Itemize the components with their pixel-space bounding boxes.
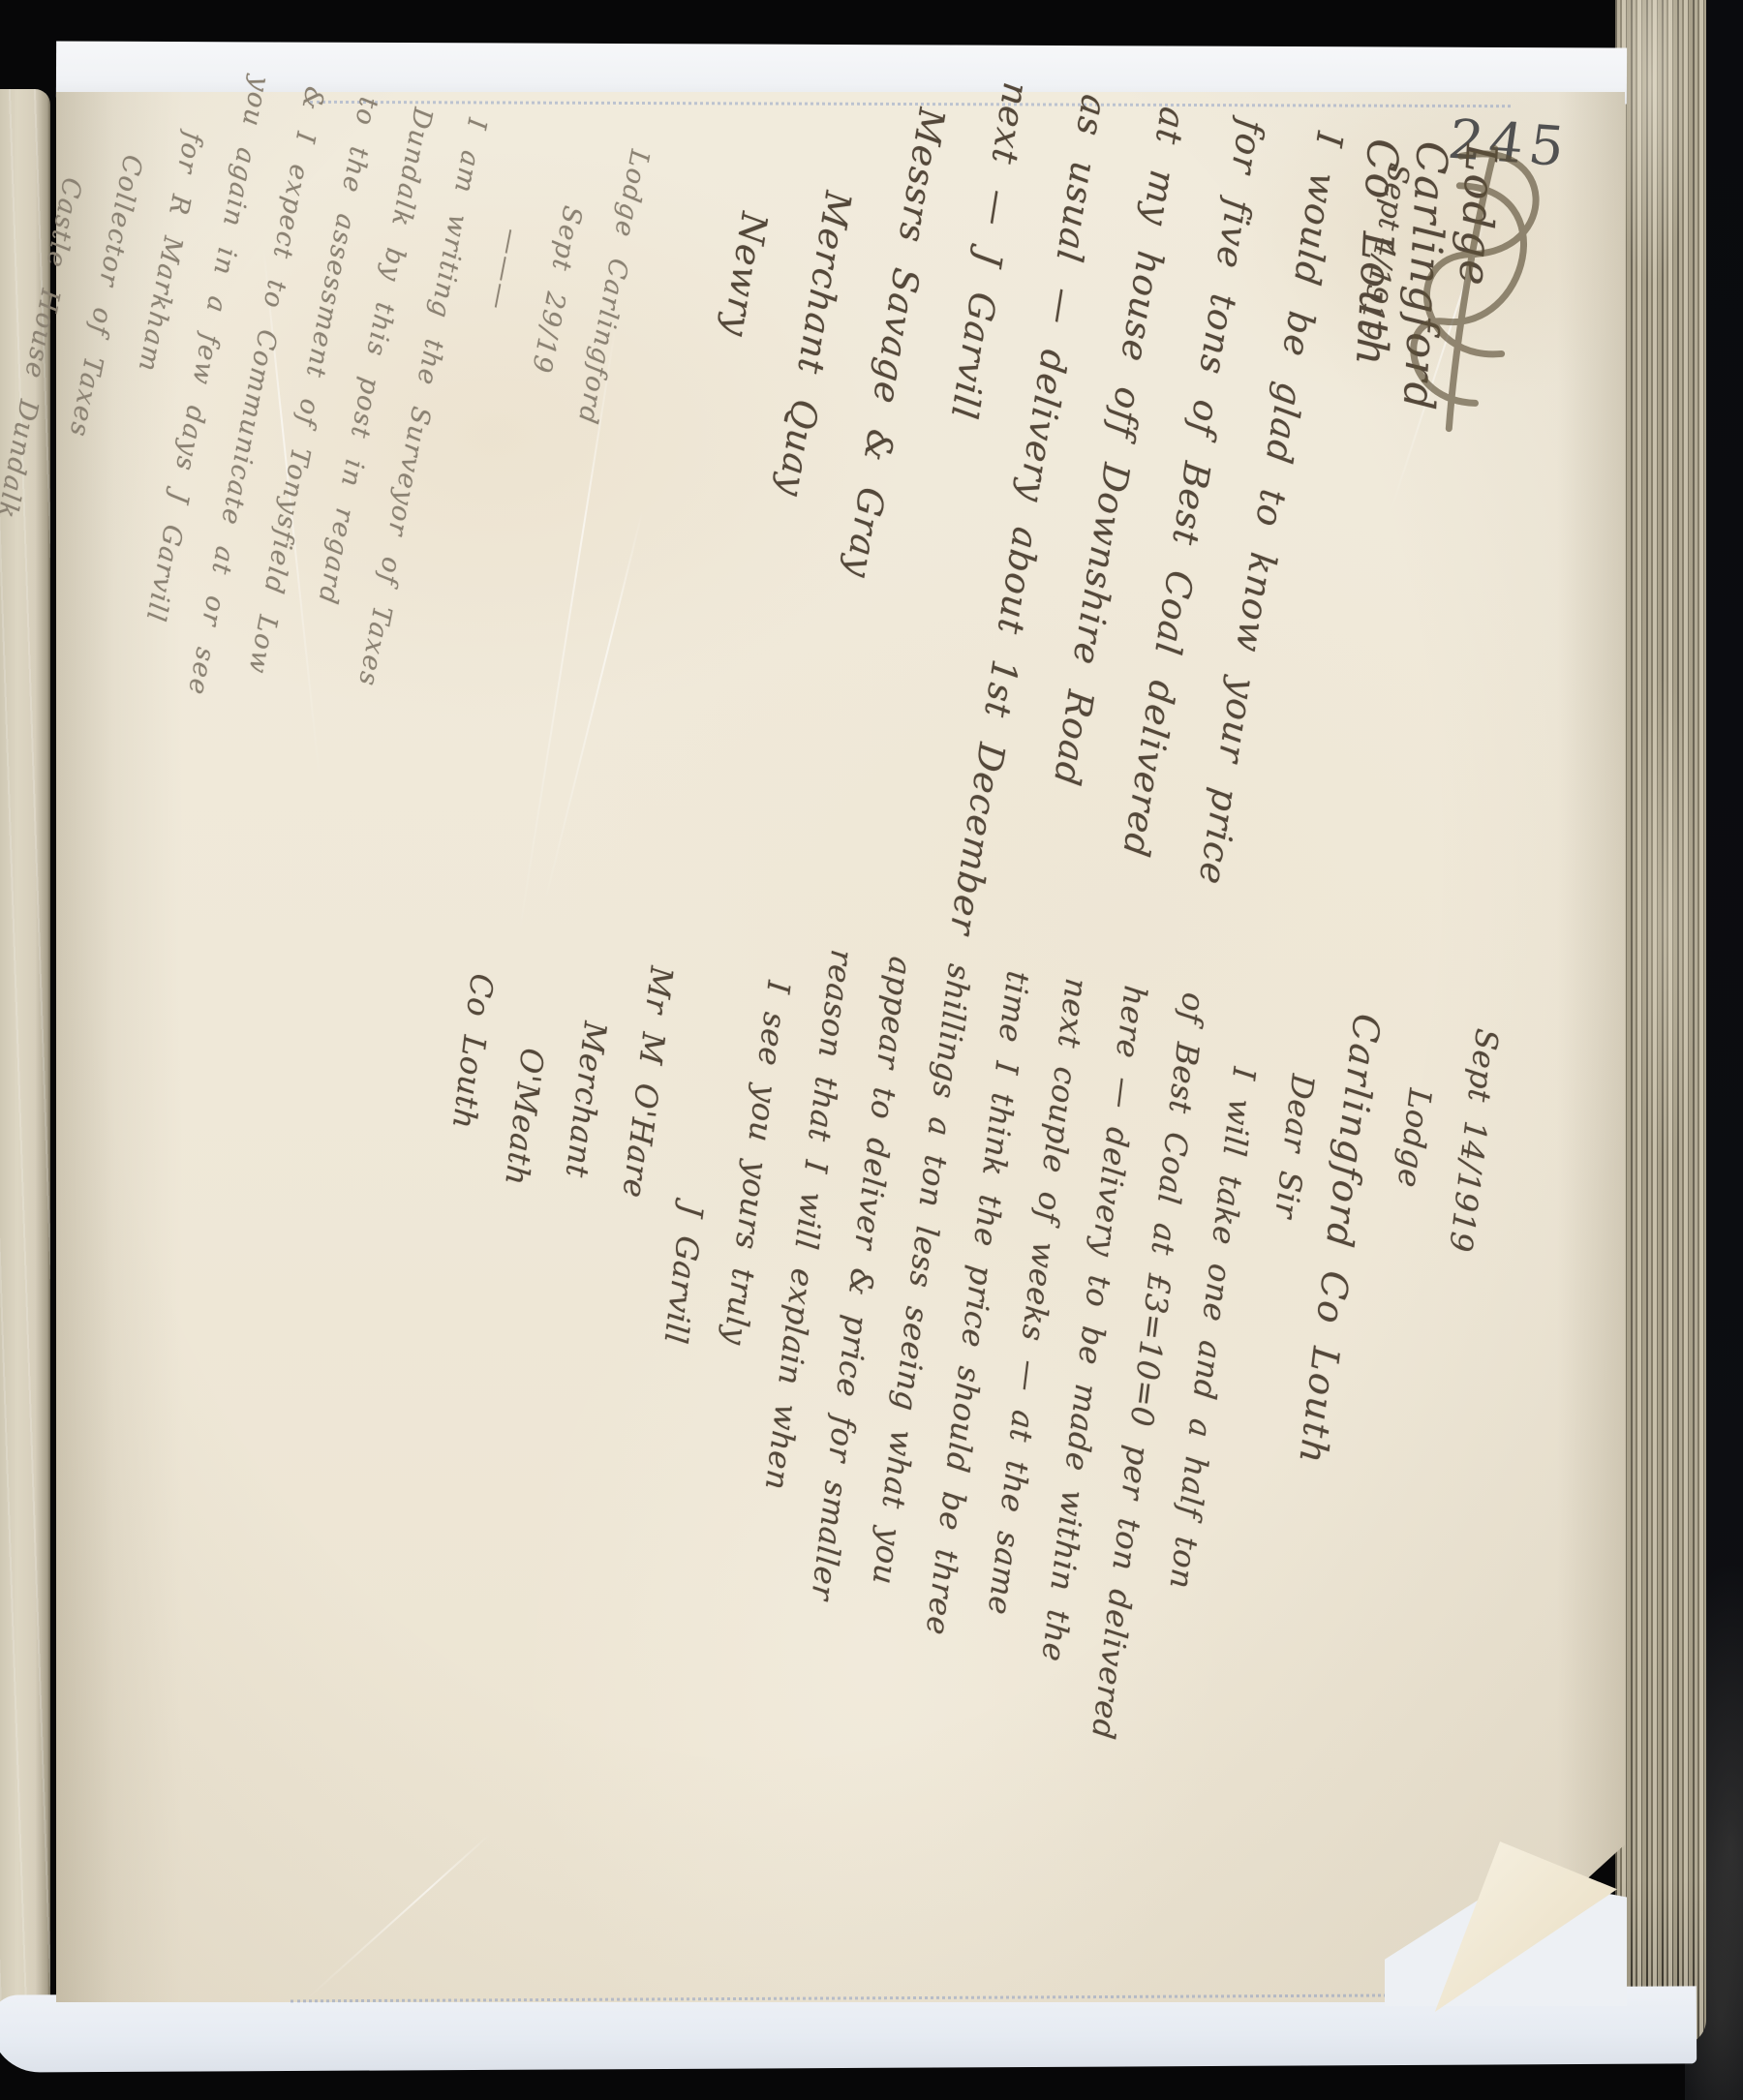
letter-copy-1: I would be glad to know your price for f… (591, 36, 1351, 975)
page-stack-edge (1615, 0, 1706, 2045)
book-photo: { "photo": { "page_number": "245", "desc… (0, 0, 1743, 2100)
letter-copy-3: Sept 14/1919 Lodge Carlingford Co Louth … (358, 901, 1506, 1778)
letter-copy-2: Lodge Carlingford Sept 29/19 ——— I am wr… (0, 37, 655, 761)
